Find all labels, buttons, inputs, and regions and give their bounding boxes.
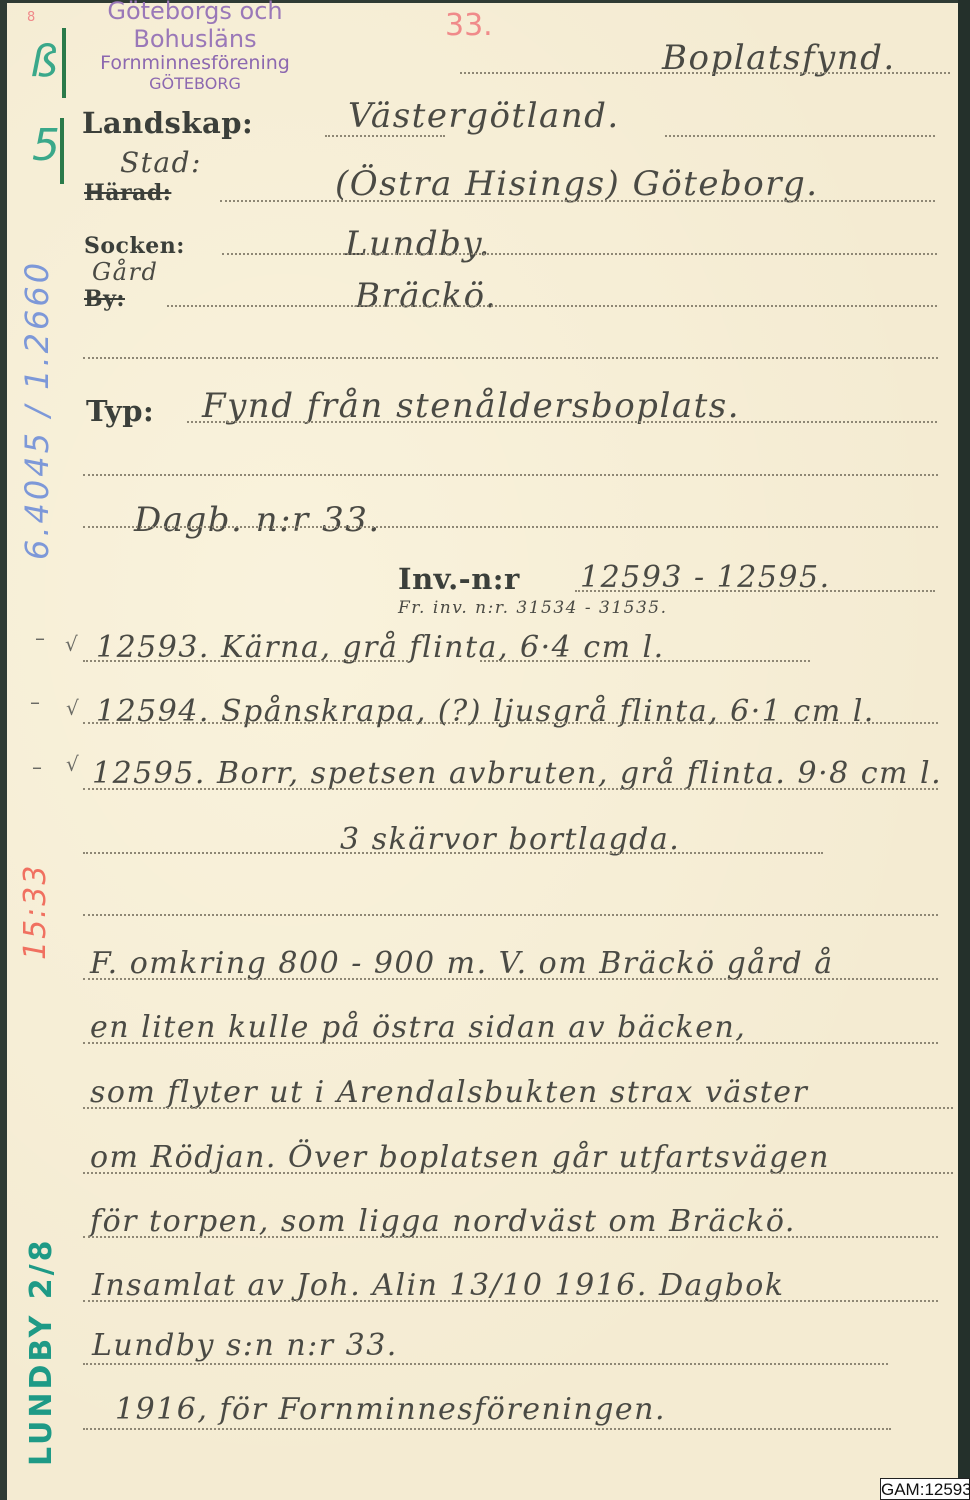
rule-line <box>83 1042 938 1044</box>
typ-label: Typ: <box>86 394 154 428</box>
rule-line <box>83 357 938 359</box>
rule-line <box>480 660 810 662</box>
society-stamp: Göteborgs och Bohusläns Fornminnesföreni… <box>70 0 320 93</box>
item-12595: 12595. Borr, spetsen avbruten, grå flint… <box>92 756 942 791</box>
stamp-line-1: Göteborgs och <box>70 0 320 26</box>
card-right-edge <box>958 0 970 1500</box>
description-line-7: Lundby s:n n:r 33. <box>92 1328 398 1363</box>
harad-label-struck: Härad: <box>84 180 171 206</box>
card-left-edge <box>0 0 7 1500</box>
rule-line <box>83 1300 938 1302</box>
rule-line <box>575 590 935 592</box>
inv-label: Inv.-n:r <box>398 562 520 596</box>
landskap-value: Västergötland. <box>348 96 620 136</box>
stad-value: (Östra Hisings) Göteborg. <box>335 164 819 204</box>
dagbok-number: Dagb. n:r 33. <box>134 500 381 540</box>
rule-line <box>325 135 445 137</box>
rule-line <box>83 1107 953 1109</box>
description-line-5: för torpen, som ligga nordväst om Bräckö… <box>90 1204 796 1239</box>
gard-label: Gård <box>92 258 158 286</box>
landskap-label: Landskap: <box>82 106 253 140</box>
rule-line <box>83 852 823 854</box>
by-label-struck: By: <box>84 286 125 312</box>
item-check-mark: √ <box>66 696 79 720</box>
gard-value: Bräckö. <box>355 276 497 316</box>
green-handwritten-mark: ß <box>30 36 58 87</box>
rule-line <box>83 1172 953 1174</box>
description-line-2: en liten kulle på östra sidan av bäcken, <box>90 1010 746 1045</box>
description-line-1: F. omkring 800 - 900 m. V. om Bräckö går… <box>90 946 834 981</box>
former-inv-note: Fr. inv. n:r. 31534 - 31535. <box>398 598 668 618</box>
description-line-3: som flyter ut i Arendalsbukten strax väs… <box>90 1075 808 1110</box>
rule-line <box>83 722 938 724</box>
description-line-4: om Rödjan. Över boplatsen går utfartsväg… <box>90 1140 830 1175</box>
stad-label: Stad: <box>120 146 202 179</box>
rule-line <box>83 1363 888 1365</box>
green-bar-mark <box>60 118 64 184</box>
rule-line <box>460 72 950 74</box>
rule-line <box>83 474 938 476</box>
rule-line <box>83 914 938 916</box>
rule-line <box>222 253 937 255</box>
green-handwritten-mark: 5 <box>32 120 60 171</box>
description-line-6: Insamlat av Joh. Alin 13/10 1916. Dagbok <box>92 1268 785 1303</box>
rule-line <box>83 978 938 980</box>
item-check-mark: √ <box>66 752 79 776</box>
green-bar-mark <box>62 28 66 98</box>
rule-line <box>83 526 938 528</box>
rule-line <box>83 1236 938 1238</box>
green-lundby-stamp: LUNDBY 2/8 <box>24 1237 59 1466</box>
rule-line <box>83 1428 891 1430</box>
stamp-line-3: Fornminnesförening <box>70 53 320 75</box>
socken-label: Socken: <box>84 233 185 259</box>
item-dash-mark: – <box>35 626 45 650</box>
index-card: Göteborgs och Bohusläns Fornminnesföreni… <box>0 0 958 1500</box>
red-page-number: 33. <box>445 8 493 43</box>
typ-value: Fynd från stenåldersboplats. <box>202 386 740 426</box>
tiny-red-mark: 8 <box>27 10 35 25</box>
socken-value: Lundby. <box>345 224 491 264</box>
rule-line <box>167 305 937 307</box>
red-reference-number: 15:33 <box>18 864 53 960</box>
item-dash-mark: – <box>30 690 40 714</box>
item-check-mark: √ <box>65 632 78 656</box>
rule-line <box>220 200 935 202</box>
rule-line <box>83 788 938 790</box>
item-dash-mark: – <box>32 755 42 779</box>
catalog-id-label: GAM:12593 <box>880 1478 970 1500</box>
description-line-8: 1916, för Fornminnesföreningen. <box>115 1392 666 1427</box>
stamp-line-2: Bohusläns <box>70 26 320 54</box>
rule-line <box>83 660 408 662</box>
rule-line <box>665 135 935 137</box>
rule-line <box>187 421 937 423</box>
stamp-line-4: GÖTEBORG <box>70 75 320 93</box>
blue-reference-number: 6.4045 / 1.2660 <box>18 260 56 560</box>
